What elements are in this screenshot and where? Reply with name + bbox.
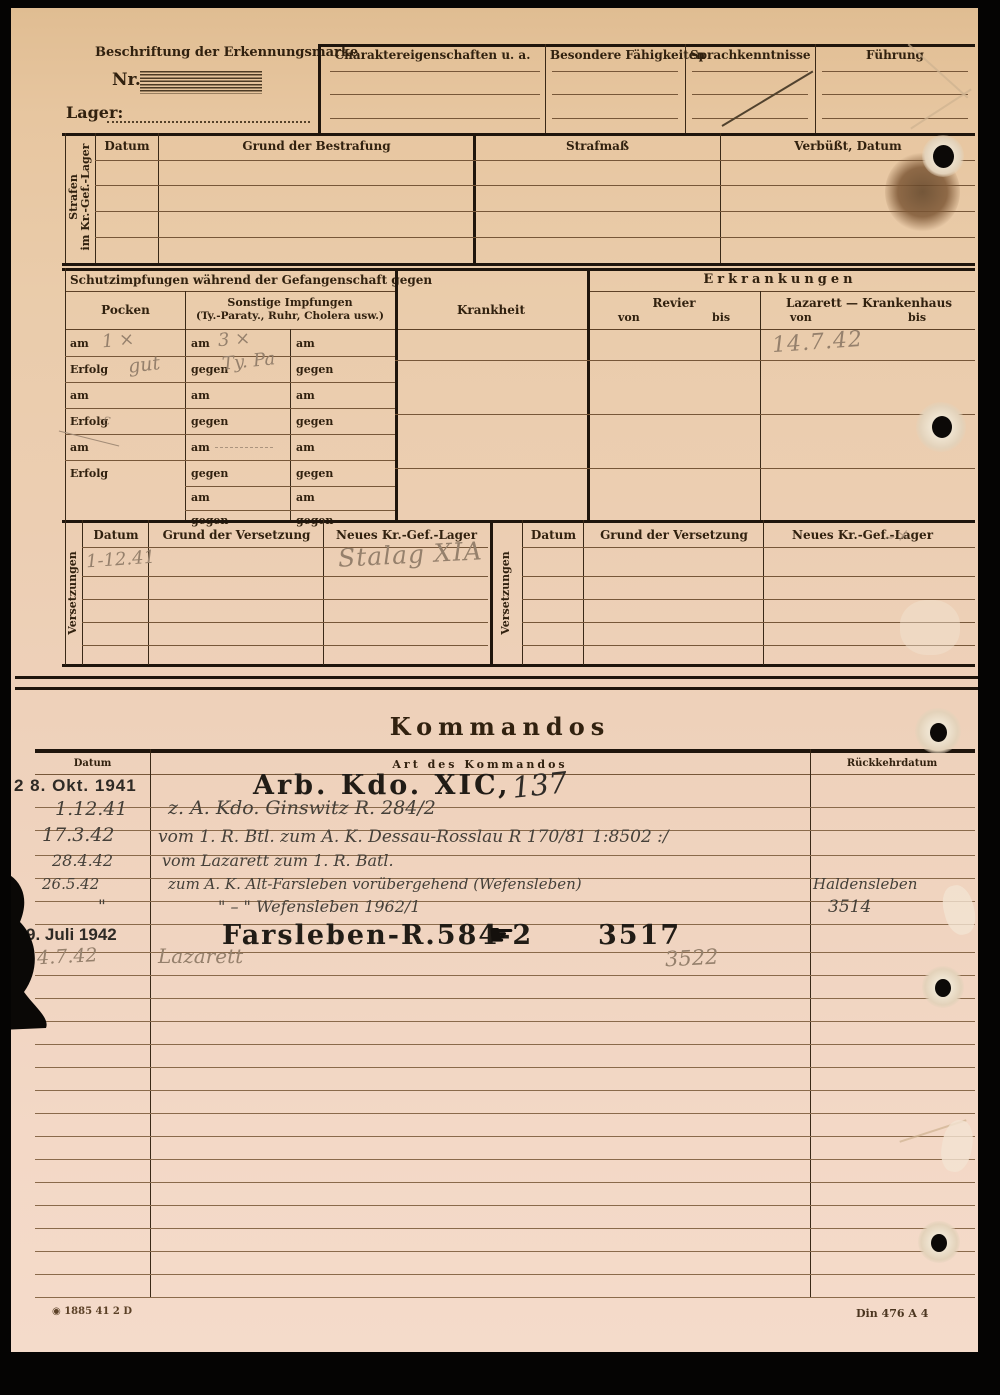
kommandos-col-datum: Datum — [37, 758, 148, 769]
impf-col-sonstige-2: (Ty.-Paraty., Ruhr, Cholera usw.) — [188, 310, 392, 322]
revier-von: von — [618, 311, 640, 324]
rule-line — [822, 118, 968, 119]
rule-line — [395, 360, 975, 361]
rule-line — [62, 263, 975, 266]
lager-dotted-line — [107, 121, 310, 123]
strafen-side-label: Strafen im Kr.-Gef.-Lager — [68, 127, 92, 267]
col-faehigkeiten: Besondere Fähigkeiten — [550, 48, 680, 62]
rule-line — [15, 676, 978, 679]
rule-line — [35, 749, 975, 753]
punch-hole — [935, 979, 951, 997]
label-erfolg: Erfolg — [70, 467, 108, 480]
rule-line — [330, 118, 540, 119]
rule-line — [822, 71, 968, 72]
punch-hole — [933, 145, 954, 168]
divider-line — [583, 520, 584, 665]
divider-line — [158, 133, 159, 263]
rule-line — [65, 291, 395, 292]
strafen-side-label-line2: im Kr.-Gef.-Lager — [79, 144, 92, 251]
hw-rueckkehr-row5: Haldensleben — [813, 875, 917, 893]
versetzungen-left-side-label-text: Versetzungen — [66, 551, 79, 635]
col-fuehrung: Führung — [822, 48, 968, 62]
strafen-col-grund: Grund der Bestrafung — [160, 139, 473, 153]
rule-line — [552, 94, 678, 95]
hw-art-row6: " – " Wefensleben 1962/1 — [218, 897, 420, 916]
empty-ruled-rows — [35, 976, 975, 1298]
label-am: am — [70, 441, 89, 454]
rule-line — [692, 71, 808, 72]
label-am: am — [296, 389, 315, 402]
rule-line — [395, 414, 975, 415]
lager-label: Lager: — [66, 103, 123, 122]
divider-line — [815, 44, 816, 134]
lazarett-von: von — [790, 311, 812, 324]
divider-line — [65, 133, 66, 263]
rule-line — [552, 118, 678, 119]
rule-line — [95, 237, 975, 238]
divider-line — [148, 520, 149, 665]
versetzungen-right-side-label: Versetzungen — [500, 523, 512, 663]
rule-line — [95, 211, 975, 212]
rule-line — [82, 576, 488, 577]
col-charakter: Charaktereigenschaften u. a. — [330, 48, 535, 62]
rule-line — [185, 486, 395, 487]
strafen-col-strafmass: Strafmaß — [475, 139, 720, 153]
divider-line — [318, 44, 321, 134]
print-mark-icon: ◉ — [52, 1306, 61, 1317]
scan-border-right — [978, 0, 1000, 1395]
footer-left-text: 1885 41 2 D — [64, 1306, 132, 1317]
footer-print-mark: ◉ 1885 41 2 D — [52, 1306, 132, 1317]
label-am: am — [70, 337, 89, 350]
hw-datum-row6: " — [98, 897, 106, 917]
label-gegen: gegen — [191, 467, 228, 480]
divider-line — [65, 268, 66, 521]
rule-line — [395, 468, 975, 469]
col-lazarett: Lazarett — Krankenhaus — [765, 296, 973, 310]
footer-right-text: Din 476 A 4 — [856, 1307, 928, 1320]
rule-line — [330, 94, 540, 95]
hw-art-row3: vom 1. R. Btl. zum A. K. Dessau-Rosslau … — [158, 827, 669, 847]
impfungen-title: Schutzimpfungen während der Gefangenscha… — [70, 273, 390, 287]
rule-line — [822, 94, 968, 95]
punch-hole — [932, 416, 952, 438]
rule-line — [65, 382, 395, 383]
versetz-right-col-neues: Neues Kr.-Gef.-Lager — [765, 528, 960, 542]
rule-line — [15, 687, 978, 690]
divider-line — [760, 291, 761, 521]
scan-border-bottom — [0, 1352, 1000, 1395]
versetz-right-col-grund: Grund der Versetzung — [585, 528, 763, 542]
divider-line — [587, 268, 590, 521]
rule-line — [62, 520, 975, 523]
hw-pocken-am-1: 1 × — [101, 329, 135, 353]
divider-line — [763, 520, 764, 665]
rule-line — [62, 664, 975, 667]
impf-col-pocken: Pocken — [68, 303, 183, 317]
hw-sonstige-am-1: 3 × — [217, 328, 251, 351]
rule-line — [62, 133, 975, 136]
divider-line — [545, 44, 546, 134]
divider-line — [82, 520, 83, 665]
hw-rueckkehr-row6: 3514 — [828, 897, 871, 917]
pencil-stroke — [215, 447, 273, 448]
rule-line — [522, 547, 975, 548]
hw-pocken-erfolg-1: gut — [127, 352, 161, 378]
label-am: am — [296, 441, 315, 454]
hw-number-row8: 3522 — [664, 945, 719, 972]
rule-line — [552, 71, 678, 72]
divider-line — [490, 520, 493, 665]
label-am: am — [191, 491, 210, 504]
rule-line — [65, 408, 395, 409]
punch-hole — [930, 723, 947, 742]
hw-art-row5: zum A. K. Alt-Farsleben vorübergehend (W… — [168, 875, 582, 893]
rule-line — [522, 599, 975, 600]
versetzungen-left-side-label: Versetzungen — [67, 523, 79, 663]
divider-line — [290, 329, 291, 521]
scan-border-left — [0, 0, 11, 1395]
rule-line — [587, 291, 975, 292]
versetz-left-col-grund: Grund der Versetzung — [150, 528, 323, 542]
divider-line — [323, 520, 324, 665]
hw-number-row1: 137 — [510, 765, 569, 805]
rule-line — [692, 94, 808, 95]
label-gegen: gegen — [296, 415, 333, 428]
impf-col-sonstige-1: Sonstige Impfungen — [188, 296, 392, 309]
rule-line — [318, 44, 975, 47]
nr-ruled-field — [140, 71, 262, 94]
rule-line — [330, 71, 540, 72]
divider-line — [720, 133, 721, 263]
col-krankheit: Krankheit — [398, 303, 584, 317]
divider-line — [522, 520, 523, 665]
col-revier: Revier — [590, 296, 758, 310]
hw-art-row8: Lazarett — [158, 944, 243, 968]
manicule-pointing-hand-icon: ☛ — [488, 918, 515, 953]
rule-line — [95, 185, 975, 186]
rule-line — [185, 510, 395, 511]
versetz-left-col-datum: Datum — [84, 528, 148, 542]
scanned-pow-record-card: Beschriftung der Erkennungsmarke Nr. Lag… — [0, 0, 1000, 1395]
label-am: am — [296, 491, 315, 504]
rule-line — [62, 268, 975, 271]
scan-border-top — [0, 0, 1000, 8]
rule-line — [522, 576, 975, 577]
divider-line — [395, 268, 398, 521]
kommandos-col-rueckkehr: Rückkehrdatum — [812, 758, 972, 769]
versetz-right-col-datum: Datum — [524, 528, 583, 542]
hw-pocken-erfolg-2: -ε — [97, 409, 113, 429]
rule-line — [95, 160, 975, 161]
rule-line — [82, 622, 488, 623]
nr-label: Nr. — [112, 70, 141, 90]
label-gegen: gegen — [296, 363, 333, 376]
hw-datum-row2: 1.12.41 — [55, 798, 128, 820]
rule-line — [65, 460, 395, 461]
kommandos-title: Kommandos — [330, 712, 670, 741]
punch-hole — [931, 1234, 947, 1252]
label-am: am — [191, 389, 210, 402]
paper-crease — [900, 600, 960, 655]
hw-art-row4: vom Lazarett zum 1. R. Batl. — [162, 851, 394, 870]
hw-art-row2: z. A. Kdo. Ginswitz R. 284/2 — [168, 797, 436, 819]
rule-line — [65, 434, 395, 435]
strafen-col-datum: Datum — [96, 139, 158, 153]
label-am: am — [191, 337, 210, 350]
label-gegen: gegen — [191, 415, 228, 428]
rule-line — [82, 645, 488, 646]
typed-farsleben-row7: Farsleben-R.584-2 — [222, 920, 533, 951]
erkrankungen-title: Erkrankungen — [660, 272, 900, 287]
versetzungen-right-side-label-text: Versetzungen — [499, 551, 512, 635]
label-gegen: gegen — [296, 467, 333, 480]
label-am: am — [191, 441, 210, 454]
label-am: am — [296, 337, 315, 350]
stamp-date-row1: 2 8. Okt. 1941 — [14, 776, 137, 796]
label-erfolg: Erfolg — [70, 363, 108, 376]
rule-line — [82, 599, 488, 600]
lazarett-bis: bis — [908, 311, 926, 324]
hw-datum-row3: 17.3.42 — [42, 824, 115, 846]
rule-line — [692, 118, 808, 119]
label-am: am — [70, 389, 89, 402]
revier-bis: bis — [712, 311, 730, 324]
col-sprachen: Sprachkenntnisse — [690, 48, 810, 62]
